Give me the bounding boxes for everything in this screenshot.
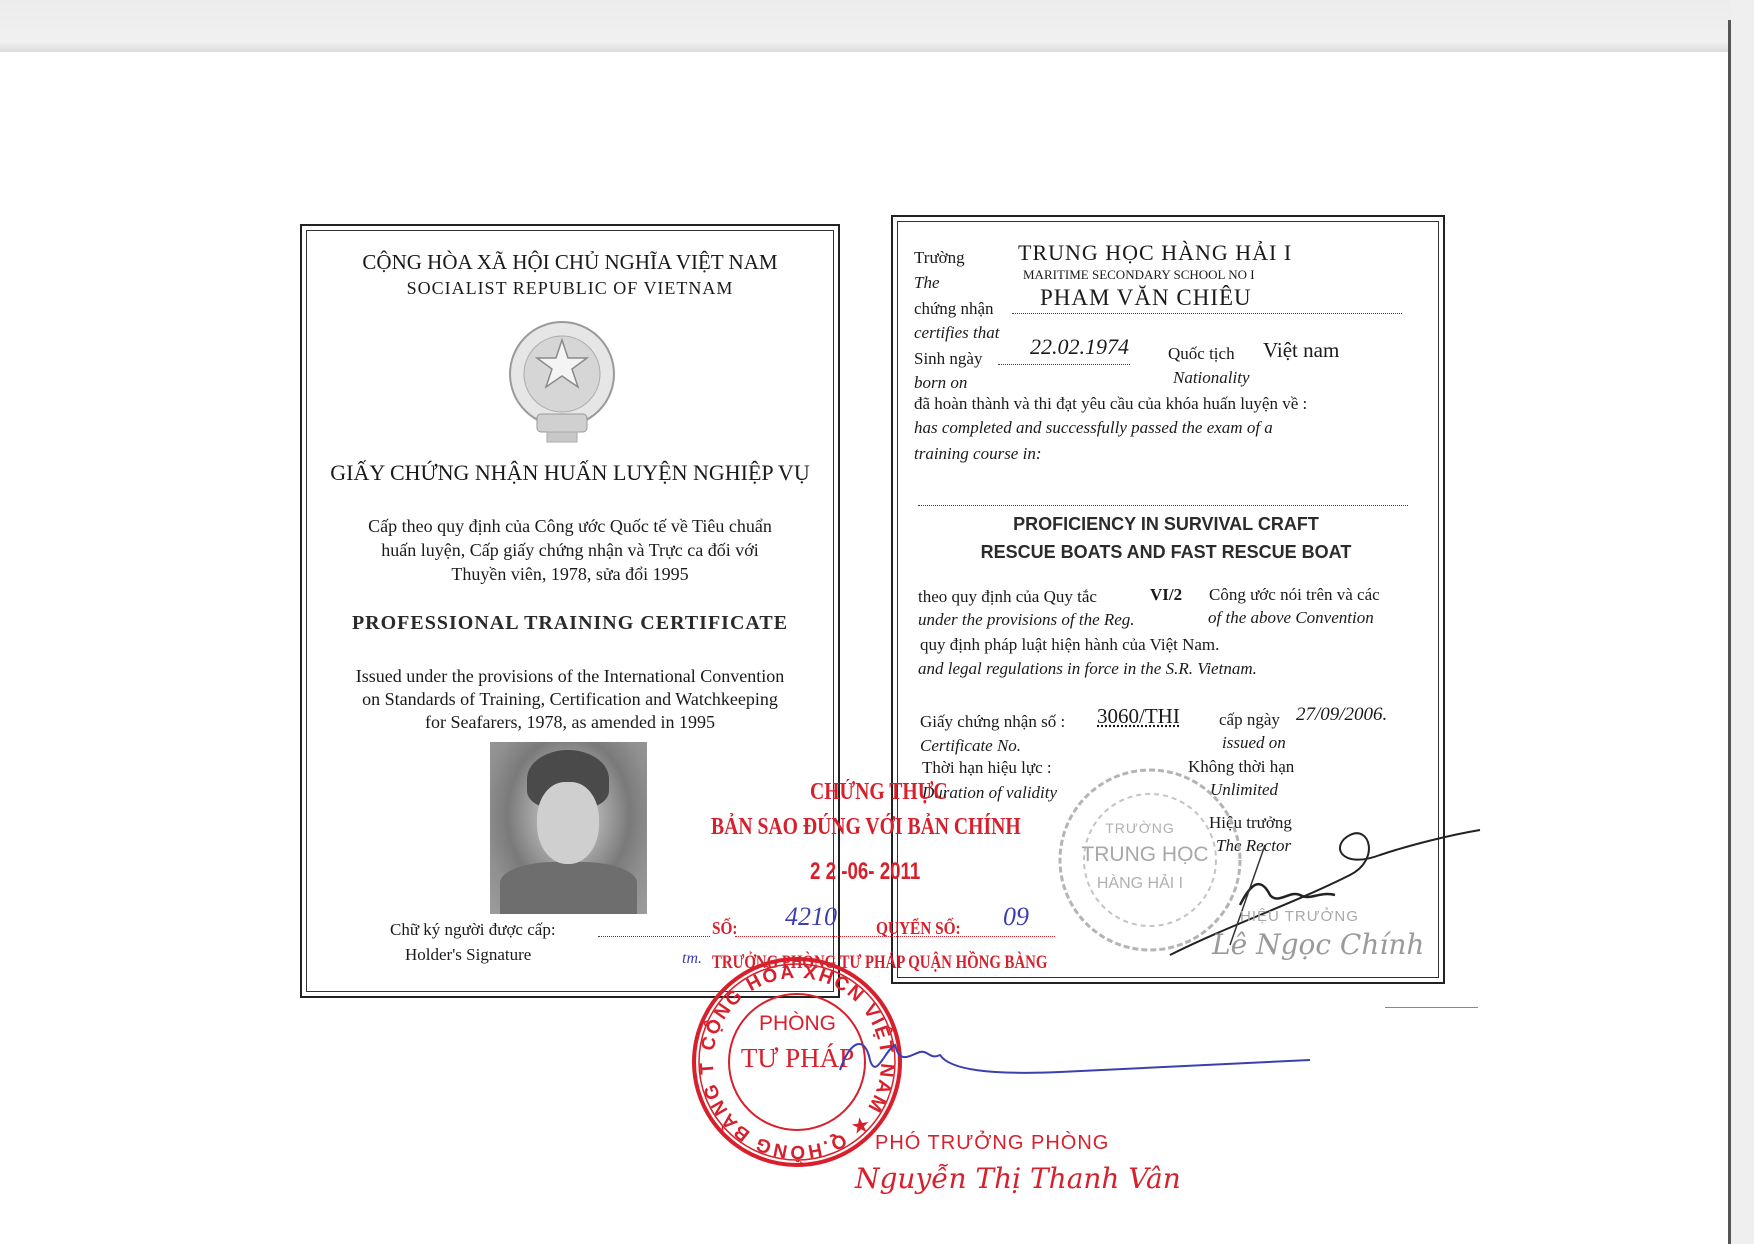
rector-name-stamp: Lê Ngọc Chính <box>1212 928 1424 961</box>
issued-vi-line: Thuyền viên, 1978, sửa đổi 1995 <box>300 562 840 586</box>
completed-text-en: has completed and successfully passed th… <box>914 418 1273 438</box>
national-emblem-icon <box>503 318 621 446</box>
signature-label-vi: Chữ ký người được cấp: <box>390 920 556 940</box>
scan-border-right <box>1731 0 1754 1244</box>
school-name-vi: TRUNG HỌC HÀNG HẢI I <box>1018 240 1292 266</box>
holder-name-line <box>1012 313 1402 314</box>
country-name-en: SOCIALIST REPUBLIC OF VIETNAM <box>300 278 840 299</box>
school-label-vi: Trường <box>914 248 965 268</box>
issued-en-line: for Seafarers, 1978, as amended in 1995 <box>300 711 840 734</box>
regulation-text-vi-2: Công ước nói trên và các <box>1209 585 1380 605</box>
course-name-line-2: RESCUE BOATS AND FAST RESCUE BOAT <box>891 542 1441 563</box>
nationality-label-vi: Quốc tịch <box>1168 344 1235 364</box>
dob-label-vi: Sinh ngày <box>914 349 982 369</box>
nationality-value: Việt nam <box>1263 338 1339 363</box>
school-label-en: The <box>914 273 940 293</box>
completed-text-en-2: training course in: <box>914 444 1042 464</box>
regulation-text-en-2: of the above Convention <box>1208 608 1374 628</box>
regulation-label-en: under the provisions of the Reg. <box>918 610 1135 630</box>
holder-photo <box>490 742 647 914</box>
school-name-en: MARITIME SECONDARY SCHOOL NO I <box>1023 267 1255 283</box>
cert-no-value: 3060/THI <box>1097 704 1180 729</box>
issued-date: 27/09/2006. <box>1296 704 1387 726</box>
register-number-value: 4210 <box>785 902 837 932</box>
certified-copy-text: BẢN SAO ĐÚNG VỚI BẢN CHÍNH <box>711 814 1021 841</box>
signature-line <box>598 936 710 937</box>
book-number-value: 09 <box>1003 902 1029 932</box>
dob-line <box>998 364 1130 365</box>
rector-stamp-title: HIỆU TRƯỞNG <box>1240 908 1359 925</box>
issued-en-line: on Standards of Training, Certification … <box>300 688 840 711</box>
nationality-label-en: Nationality <box>1173 368 1250 388</box>
certificate-title-vi: GIẤY CHỨNG NHẬN HUẤN LUYỆN NGHIỆP VỤ <box>300 460 840 486</box>
scan-border-top <box>0 0 1754 52</box>
cert-no-label-en: Certificate No. <box>920 736 1021 756</box>
register-number-label: SỐ: <box>712 918 738 939</box>
law-text-vi: quy định pháp luật hiện hành của Việt Na… <box>920 635 1219 655</box>
issued-label-en: issued on <box>1222 733 1286 753</box>
signature-label-en: Holder's Signature <box>405 945 531 965</box>
issued-label-vi: cấp ngày <box>1219 710 1280 730</box>
book-number-label: QUYỂN SỐ: <box>876 918 961 939</box>
issued-en-line: Issued under the provisions of the Inter… <box>300 665 840 688</box>
course-name-line-1: PROFICIENCY IN SURVIVAL CRAFT <box>891 514 1441 535</box>
holder-name: PHAM VĂN CHIÊU <box>1040 285 1252 311</box>
cert-no-label-vi: Giấy chứng nhận số : <box>920 712 1065 732</box>
completed-text-vi: đã hoàn thành và thi đạt yêu cầu của khó… <box>914 394 1307 414</box>
deputy-signature-icon <box>840 1030 1310 1090</box>
issued-text-vi: Cấp theo quy định của Công ước Quốc tế v… <box>300 514 840 586</box>
certified-date: 2 2 -06- 2011 <box>810 858 920 886</box>
issued-text-en: Issued under the provisions of the Inter… <box>300 665 840 734</box>
validity-label-vi: Thời hạn hiệu lực : <box>922 758 1052 778</box>
issued-vi-line: huấn luyện, Cấp giấy chứng nhận và Trực … <box>300 538 840 562</box>
deputy-title: PHÓ TRƯỞNG PHÒNG <box>875 1132 1109 1155</box>
deputy-name: Nguyễn Thị Thanh Vân <box>855 1162 1181 1195</box>
scan-mark <box>1385 1007 1478 1008</box>
issued-vi-line: Cấp theo quy định của Công ước Quốc tế v… <box>300 514 840 538</box>
paper-edge <box>1728 20 1731 1244</box>
dob-value: 22.02.1974 <box>1030 334 1129 360</box>
regulation-value: VI/2 <box>1150 585 1182 605</box>
course-line <box>918 505 1408 506</box>
certified-stamp-title: CHỨNG THỰC <box>810 779 948 806</box>
certifies-label-vi: chứng nhận <box>914 299 994 319</box>
dob-label-en: born on <box>914 373 967 393</box>
country-name-vi: CỘNG HÒA XÃ HỘI CHỦ NGHĨA VIỆT NAM <box>300 250 840 275</box>
certifies-label-en: certifies that <box>914 323 999 343</box>
certificate-title-en: PROFESSIONAL TRAINING CERTIFICATE <box>300 612 840 635</box>
law-text-en: and legal regulations in force in the S.… <box>918 659 1257 679</box>
regulation-label-vi: theo quy định của Quy tắc <box>918 587 1097 607</box>
